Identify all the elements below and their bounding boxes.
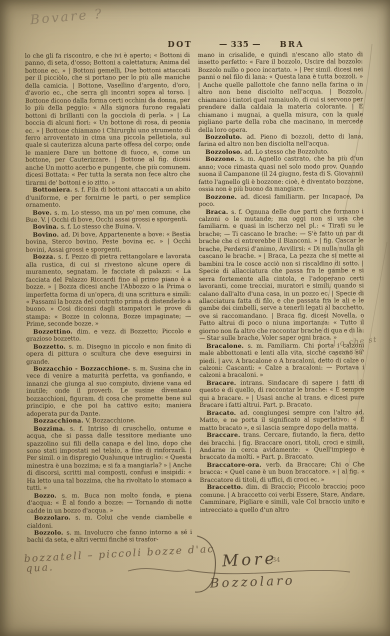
entry-headword: Braccatore-ora.: [207, 462, 266, 469]
dictionary-entry: Braca. s. f. Ognuna delle due parti che …: [199, 208, 365, 343]
entry-headword: Bozzolo.: [34, 530, 66, 537]
entry-headword: Bozzoloso.: [205, 149, 244, 156]
entry-continuation: lo che gli fa riscontro, e che ivi è ape…: [25, 52, 191, 187]
handwritten-note-top: Bovare ?: [29, 7, 104, 28]
dictionary-entry: Bozzo. s. m. Buca non molto fonda, e pie…: [27, 492, 192, 515]
dictionary-entry: Braccatore-ora. verb. da Braccare; Chi o…: [200, 461, 365, 484]
entry-headword: Braccare.: [207, 432, 244, 439]
entry-headword: Bracalone.: [206, 342, 248, 349]
entry-headword: Bozzone.: [206, 193, 241, 200]
scanned-dictionary-page: DOT — 335 — BRA lo che gli fa riscontro,…: [0, 0, 390, 636]
dictionary-entry: Bozzettino. dim. e vezz. di Bozzetto; Pi…: [26, 328, 191, 344]
text-block: lo che gli fa riscontro, e che ivi è ape…: [25, 51, 365, 552]
entry-headword: Bracato.: [206, 410, 240, 417]
entry-headword: Bove.: [33, 209, 55, 216]
entry-headword: Bovina.: [33, 224, 61, 231]
dictionary-entry: Bozza. s. f. Pezzo di pietra rettangolar…: [26, 253, 191, 328]
entry-headword: Bottoniera.: [32, 187, 74, 194]
printer-signature-mark: 34: [272, 556, 280, 564]
dictionary-entry: Bozzima. s. f. Intriso di cruschello, on…: [27, 425, 192, 493]
dictionary-entry: Bracare. intrans. Sindacare di sapere i …: [199, 379, 364, 410]
dictionary-entry: Bozzolaro. s. m. Colui che vende ciambel…: [27, 514, 192, 530]
header-left-catchword: DOT: [168, 39, 193, 49]
entry-continuation: mano in crisalide, e quindi n'escano all…: [198, 51, 363, 134]
dictionary-entry: Braccare. trans. Cercare, fiutando, la f…: [200, 431, 365, 462]
right-column: mano in crisalide, e quindi n'escano all…: [198, 51, 365, 552]
entry-headword: Bovino.: [33, 231, 61, 238]
dictionary-entry: Bracato. ad. congiungesi sempre con l'al…: [199, 409, 364, 432]
dictionary-entry: Bozzone. s. m. Agnello castrato, che ha …: [198, 156, 363, 194]
dictionary-entry: Bozzone. ad. dicesi familiarm. per Incap…: [199, 193, 364, 209]
handwritten-word-bozzolaro: Bozzolaro: [210, 573, 295, 591]
dictionary-entry: Bottoniera. s. f. Fila di bottoni attacc…: [25, 186, 190, 209]
dictionary-entry: Bove. s. m. Lo stesso, ma un po' men com…: [26, 209, 191, 225]
header-page-number: — 335 —: [219, 39, 261, 49]
entry-headword: Braca.: [206, 208, 232, 215]
entry-headword: Bozzima.: [34, 425, 71, 432]
dictionary-entry: Braccetto. dim. di Braccio; Piccolo brac…: [200, 484, 365, 515]
header-right-catchword: BRA: [280, 39, 304, 49]
dictionary-entry: Bovino. ad. Di bove, Appartenente a bove…: [26, 231, 191, 254]
dictionary-entry: Bozzolo. s. m. Involucro che fanno intor…: [27, 529, 192, 545]
entry-headword: Bozzone.: [205, 156, 240, 163]
entry-headword: Bozza.: [33, 254, 58, 261]
entry-headword: Bozzetto.: [33, 343, 69, 350]
entry-headword: Bracare.: [206, 380, 240, 387]
entry-headword: Bozzacchiona.: [34, 418, 86, 425]
dictionary-entry: Bozzetto. s. m. Disegno in piccolo e non…: [26, 343, 191, 366]
entry-headword: Bozzoluto.: [205, 134, 246, 141]
left-column: lo che gli fa riscontro, e che ivi è ape…: [25, 52, 192, 553]
dictionary-entry: Bozzacchio - Bozzacchione. s. m. Susina …: [26, 365, 191, 418]
dictionary-entry: Bozzoluto. ad. Pieno di bozzoli, detto d…: [198, 133, 363, 149]
handwritten-note-bottom-left-line2: qua.: [26, 562, 55, 574]
entry-headword: Bozzo.: [34, 492, 62, 499]
handwritten-signature-more: More: [222, 549, 278, 571]
entry-headword: Bozzacchio - Bozzacchione.: [33, 365, 133, 372]
entry-headword: Bozzettino.: [33, 328, 77, 335]
entry-headword: Bozzolaro.: [34, 515, 75, 522]
entry-headword: Braccetto.: [207, 484, 246, 491]
